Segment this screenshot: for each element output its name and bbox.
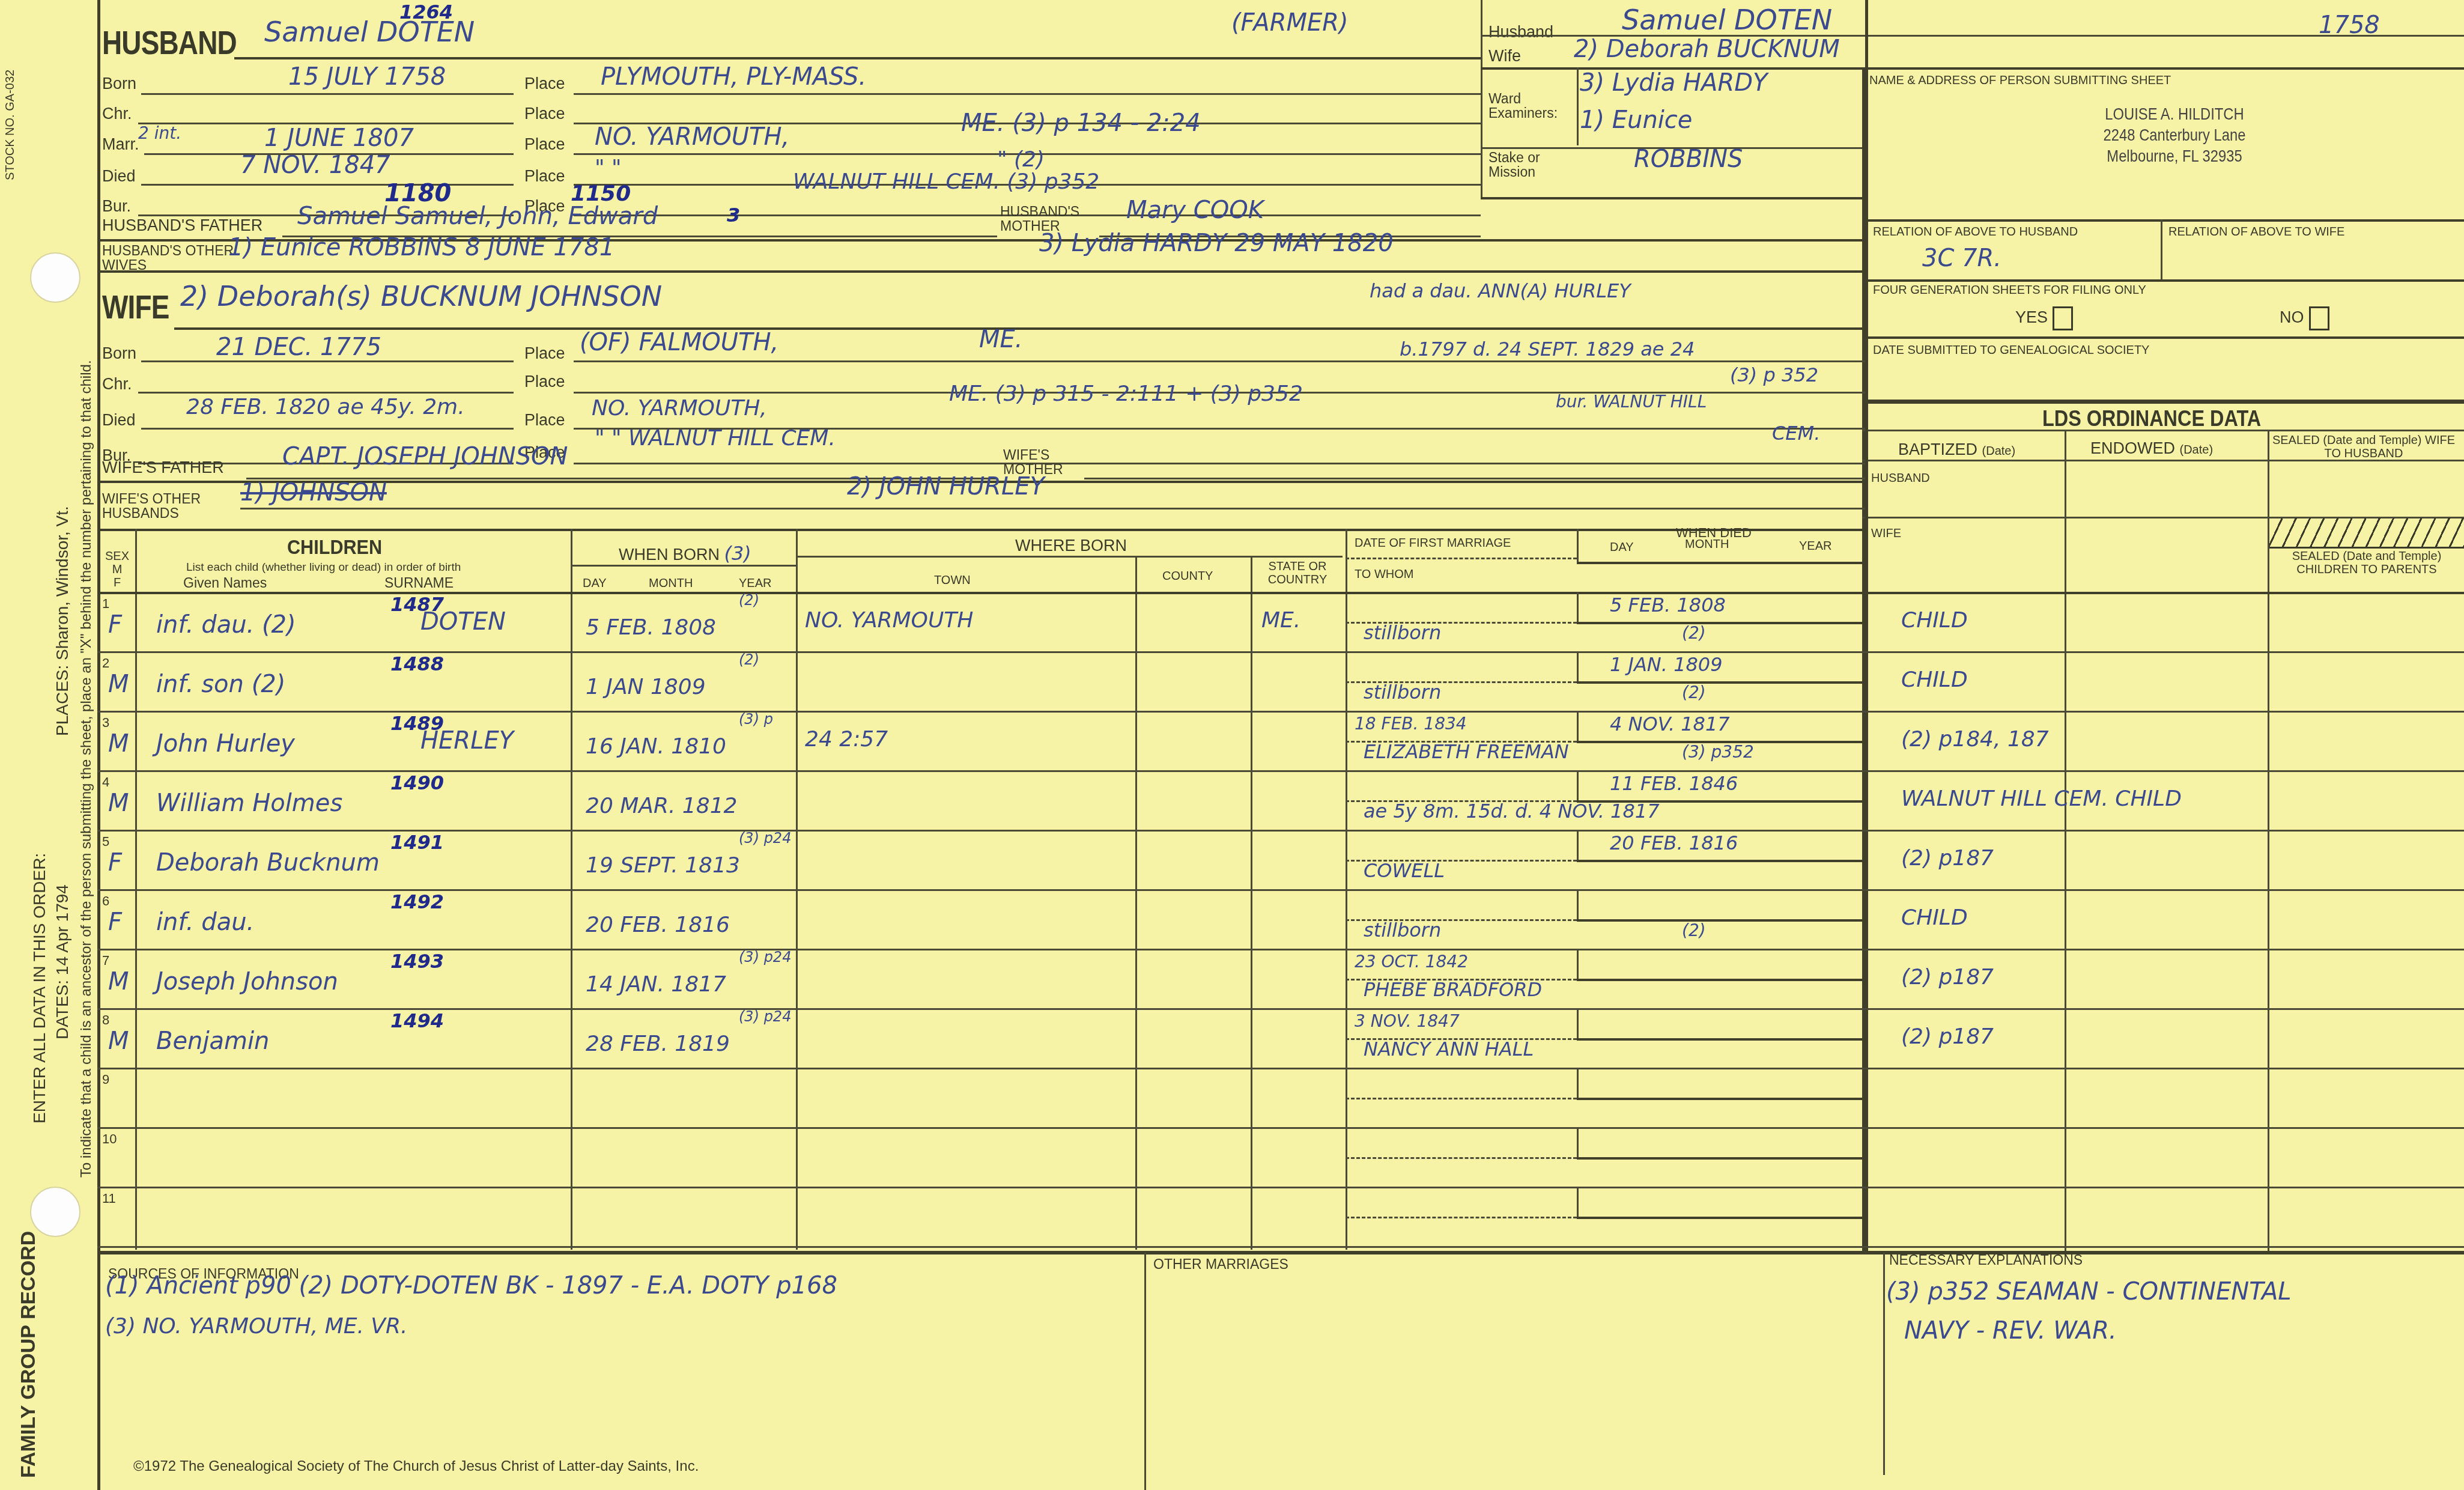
header-stake-label: Stake or Mission bbox=[1488, 150, 1567, 179]
explanations-line-2[interactable]: NAVY - REV. WAR. bbox=[1904, 1319, 2117, 1343]
row-divider bbox=[97, 711, 1346, 713]
husband-id-number: 1264 bbox=[399, 2, 453, 22]
child-row-number: 6 bbox=[102, 894, 109, 908]
lds-child-entry[interactable]: CHILD bbox=[1901, 610, 1968, 631]
child-row-number: 3 bbox=[102, 716, 109, 730]
header-ward-label: Ward Examiners: bbox=[1488, 91, 1573, 120]
yes-checkbox[interactable] bbox=[2053, 306, 2073, 330]
died-col-divider bbox=[1577, 592, 1579, 622]
died-col-divider bbox=[1577, 1187, 1579, 1217]
wife-note-daughter-2: b.1797 d. 24 SEPT. 1829 ae 24 bbox=[1400, 339, 1695, 359]
row-divider-right bbox=[1346, 1187, 1865, 1188]
died-cell-bottom bbox=[1577, 1098, 1865, 1100]
wife-other-husbands-1[interactable]: 1) JOHNSON bbox=[240, 481, 387, 505]
row-divider-right bbox=[1346, 1246, 1865, 1248]
child-died-note: (2) bbox=[1682, 922, 1706, 939]
lds-child-entry[interactable]: (2) p187 bbox=[1901, 967, 1994, 988]
row-divider-right bbox=[1346, 949, 1865, 950]
wife-note-daughter: had a dau. ANN(A) HURLEY bbox=[1370, 281, 1631, 300]
child-surname[interactable]: DOTEN bbox=[420, 610, 506, 634]
lds-row-divider bbox=[1862, 1187, 2464, 1188]
child-born-date[interactable]: 20 FEB. 1816 bbox=[586, 914, 730, 936]
lds-row-divider bbox=[1862, 889, 2464, 891]
row-divider bbox=[97, 889, 1346, 891]
header-wife-value[interactable]: 2) Deborah BUCKNUM bbox=[1574, 37, 1840, 61]
husband-chr-label: Chr. bbox=[102, 106, 132, 122]
wife-died-note: bur. WALNUT HILL bbox=[1556, 394, 1707, 410]
child-to-whom[interactable]: NANCY ANN HALL bbox=[1364, 1039, 1534, 1059]
husband-father-note: 3 bbox=[727, 205, 740, 225]
binder-hole-top bbox=[30, 252, 80, 303]
header-husband-value[interactable]: Samuel DOTEN bbox=[1622, 6, 1832, 34]
wife-name[interactable]: 2) Deborah(s) BUCKNUM JOHNSON bbox=[180, 282, 662, 310]
lds-child-entry[interactable]: WALNUT HILL CEM. CHILD bbox=[1901, 788, 2182, 810]
row-divider bbox=[97, 770, 1346, 772]
died-cell-bottom bbox=[1577, 979, 1865, 981]
col-surname: SURNAME bbox=[384, 576, 454, 590]
date-submitted-label: DATE SUBMITTED TO GENEALOGICAL SOCIETY bbox=[1873, 344, 2149, 357]
header-wife-label: Wife bbox=[1488, 48, 1521, 64]
lds-title: LDS ORDINANCE DATA bbox=[2042, 406, 2261, 431]
wife-father-label: WIFE'S FATHER bbox=[102, 460, 224, 476]
child-born-date[interactable]: 19 SEPT. 1813 bbox=[586, 855, 740, 877]
wife-died-place-extra: ME. (3) p 315 - 2:111 + (3) p352 bbox=[949, 383, 1303, 405]
child-died-note: (2) bbox=[1682, 684, 1706, 701]
row-divider bbox=[97, 949, 1346, 950]
husband-heading: HUSBAND bbox=[102, 23, 237, 62]
husband-died-place-label: Place bbox=[524, 168, 565, 184]
husband-father-label: HUSBAND'S FATHER bbox=[102, 217, 262, 234]
child-ancestor-instruction: To indicate that a child is an ancestor … bbox=[78, 360, 95, 1178]
child-to-whom[interactable]: stillborn bbox=[1364, 623, 1441, 642]
wife-died-label: Died bbox=[102, 412, 136, 428]
submitter-street: 2248 Canterbury Lane bbox=[2072, 124, 2277, 145]
header-ward-value-2[interactable]: 1) Eunice bbox=[1580, 108, 1692, 132]
lds-sealed-children-header: SEALED (Date and Temple) CHILDREN TO PAR… bbox=[2277, 550, 2457, 576]
header-ward-value-1[interactable]: 3) Lydia HARDY bbox=[1580, 71, 1768, 95]
child-town[interactable]: NO. YARMOUTH bbox=[805, 610, 973, 631]
col-state: STATE OR COUNTRY bbox=[1258, 560, 1337, 586]
died-col-divider bbox=[1577, 1068, 1579, 1098]
child-born-date[interactable]: 14 JAN. 1817 bbox=[586, 974, 726, 996]
col-given-names: Given Names bbox=[183, 576, 267, 590]
husband-bur-place-number: 1150 bbox=[571, 183, 631, 205]
lds-child-entry[interactable]: CHILD bbox=[1901, 669, 1968, 691]
col-born-month: MONTH bbox=[649, 577, 693, 590]
child-marriage-date[interactable]: 3 NOV. 1847 bbox=[1355, 1013, 1460, 1030]
child-to-whom[interactable]: PHEBE BRADFORD bbox=[1364, 980, 1542, 999]
child-died-note: (2) bbox=[1682, 625, 1706, 642]
child-born-note: (3) p24 bbox=[739, 1009, 791, 1024]
lds-child-entry[interactable]: (2) p187 bbox=[1901, 848, 1994, 869]
row-divider bbox=[97, 1187, 1346, 1188]
child-to-whom[interactable]: COWELL bbox=[1364, 861, 1445, 880]
no-option[interactable]: NO bbox=[2280, 306, 2329, 330]
child-row-number: 9 bbox=[102, 1072, 109, 1087]
col-born-day: DAY bbox=[583, 577, 607, 590]
col-first-marriage: DATE OF FIRST MARRIAGE bbox=[1355, 537, 1511, 550]
lds-child-entry[interactable]: (2) p184, 187 bbox=[1901, 729, 2049, 750]
died-cell-bottom bbox=[1577, 860, 1865, 862]
child-sex[interactable]: M bbox=[108, 732, 129, 756]
row-divider-right bbox=[1346, 889, 1865, 891]
child-row-number: 8 bbox=[102, 1013, 109, 1027]
header-husband-year: 1758 bbox=[2319, 13, 2380, 37]
lds-row-divider bbox=[1862, 1008, 2464, 1010]
died-col-divider bbox=[1577, 1127, 1579, 1157]
explanations-line-1[interactable]: (3) p352 SEAMAN - CONTINENTAL bbox=[1886, 1280, 2292, 1304]
wife-heading: WIFE bbox=[102, 287, 169, 326]
relation-husband-value[interactable]: 3C 7R. bbox=[1922, 246, 2001, 270]
copyright: ©1972 The Genealogical Society of The Ch… bbox=[133, 1459, 699, 1474]
husband-born-place[interactable]: PLYMOUTH, PLY-MASS. bbox=[601, 65, 866, 89]
child-given-names[interactable]: William Holmes bbox=[156, 791, 342, 815]
col-where-born: WHERE BORN bbox=[1015, 538, 1127, 554]
child-row-number: 2 bbox=[102, 656, 109, 670]
child-row-number: 5 bbox=[102, 835, 109, 849]
child-born-date[interactable]: 20 MAR. 1812 bbox=[586, 795, 737, 817]
wife-died-place-label: Place bbox=[524, 412, 565, 428]
husband-marr-place-label: Place bbox=[524, 136, 565, 153]
child-sex[interactable]: M bbox=[108, 791, 129, 815]
husband-born-label: Born bbox=[102, 76, 136, 92]
child-row-number: 7 bbox=[102, 953, 109, 968]
husband-died-date[interactable]: 7 NOV. 1847 bbox=[240, 153, 390, 177]
died-col-divider bbox=[1577, 651, 1579, 681]
lds-row-divider bbox=[1862, 1246, 2464, 1248]
row-divider bbox=[97, 1008, 1346, 1010]
husband-marr-place[interactable]: NO. YARMOUTH, bbox=[595, 125, 789, 149]
died-cell-bottom bbox=[1577, 681, 1865, 684]
husband-bur-label: Bur. bbox=[102, 198, 131, 214]
places-note: PLACES: Sharon, Windsor, Vt. bbox=[53, 506, 72, 736]
child-id-number: 1488 bbox=[390, 654, 444, 674]
col-to-whom: TO WHOM bbox=[1355, 568, 1414, 581]
died-col-divider bbox=[1577, 1008, 1579, 1038]
husband-other-wives-2[interactable]: 3) Lydia HARDY 29 MAY 1820 bbox=[1039, 231, 1394, 255]
wife-born-label: Born bbox=[102, 345, 136, 362]
row-divider-right bbox=[1346, 711, 1865, 713]
child-born-note: (2) bbox=[739, 652, 759, 667]
wife-chr-place-label: Place bbox=[524, 374, 565, 390]
binder-hole-bottom bbox=[30, 1187, 80, 1237]
husband-bur-number: 1180 bbox=[384, 181, 451, 205]
col-sex-header: SEXMF bbox=[105, 550, 129, 589]
submitter-city: Melbourne, FL 32935 bbox=[2072, 145, 2277, 166]
four-gen-label: FOUR GENERATION SHEETS FOR FILING ONLY bbox=[1873, 284, 2146, 297]
col-when-born: WHEN BORN (3) bbox=[619, 544, 751, 563]
child-sex[interactable]: M bbox=[108, 1029, 129, 1053]
col-died-month: MONTH bbox=[1685, 538, 1729, 551]
died-cell-bottom bbox=[1577, 919, 1865, 922]
header-stake-value[interactable]: ROBBINS bbox=[1634, 147, 1743, 171]
died-cell-bottom bbox=[1577, 1217, 1865, 1219]
wife-born-place-label: Place bbox=[524, 345, 565, 362]
lds-row-divider bbox=[1862, 949, 2464, 950]
child-sex[interactable]: M bbox=[108, 672, 129, 696]
died-col-divider bbox=[1577, 830, 1579, 860]
row-divider-right bbox=[1346, 1008, 1865, 1010]
wife-born-place[interactable]: (OF) FALMOUTH, bbox=[580, 330, 778, 354]
child-sex[interactable]: F bbox=[108, 910, 122, 934]
died-cell-bottom bbox=[1577, 1157, 1865, 1160]
died-col-divider bbox=[1577, 711, 1579, 741]
child-given-names[interactable]: Deborah Bucknum bbox=[156, 851, 380, 875]
child-given-names[interactable]: Joseph Johnson bbox=[156, 970, 338, 994]
lds-child-entry[interactable]: CHILD bbox=[1901, 907, 1968, 929]
row-divider-right bbox=[1346, 651, 1865, 653]
submitter-label: NAME & ADDRESS OF PERSON SUBMITTING SHEE… bbox=[1869, 74, 2171, 87]
child-given-names[interactable]: inf. dau. (2) bbox=[156, 613, 296, 637]
child-died-date[interactable]: 4 NOV. 1817 bbox=[1610, 714, 1730, 734]
died-cell-bottom bbox=[1577, 622, 1865, 624]
col-children-header: CHILDREN bbox=[287, 536, 382, 559]
husband-other-wives-1[interactable]: 1) Eunice ROBBINS 8 JUNE 1781 bbox=[228, 236, 614, 260]
lds-row-divider bbox=[1862, 770, 2464, 772]
child-died-date[interactable]: 5 FEB. 1808 bbox=[1610, 595, 1726, 615]
child-id-number: 1491 bbox=[390, 833, 444, 852]
child-row-number: 1 bbox=[102, 597, 109, 611]
col-town: TOWN bbox=[934, 574, 971, 587]
child-given-names[interactable]: inf. son (2) bbox=[156, 672, 285, 696]
wife-born-place-state: ME. bbox=[979, 327, 1023, 351]
child-died-date[interactable]: 20 FEB. 1816 bbox=[1610, 833, 1738, 853]
form-left-border bbox=[97, 0, 100, 1490]
col-children-sub: List each child (whether living or dead)… bbox=[186, 562, 461, 574]
child-died-note: (3) p352 bbox=[1682, 744, 1754, 761]
child-died-date[interactable]: 11 FEB. 1846 bbox=[1610, 774, 1738, 793]
submitter-address: LOUISE A. HILDITCH 2248 Canterbury Lane … bbox=[2072, 103, 2277, 166]
col-county: COUNTY bbox=[1162, 570, 1213, 583]
husband-occupation[interactable]: (FARMER) bbox=[1231, 11, 1349, 35]
wife-father[interactable]: CAPT. JOSEPH JOHNSON bbox=[282, 445, 568, 469]
died-cell-bottom bbox=[1577, 1038, 1865, 1041]
lds-wife-label: WIFE bbox=[1871, 527, 1901, 540]
lds-row-divider bbox=[1862, 1127, 2464, 1129]
husband-chr-place-label: Place bbox=[524, 106, 565, 122]
row-divider bbox=[97, 1246, 1346, 1248]
child-to-whom[interactable]: stillborn bbox=[1364, 683, 1441, 702]
child-town[interactable]: 24 2:57 bbox=[805, 729, 888, 750]
lds-row-divider bbox=[1862, 830, 2464, 832]
lds-row-divider bbox=[1862, 711, 2464, 713]
husband-died-place[interactable]: " " bbox=[595, 157, 622, 179]
wife-other-husbands-2[interactable]: 2) JOHN HURLEY bbox=[847, 475, 1045, 499]
husband-marr-note: 2 int. bbox=[138, 125, 181, 142]
lds-row-divider bbox=[1862, 651, 2464, 653]
child-died-date[interactable]: 1 JAN. 1809 bbox=[1610, 655, 1723, 674]
child-marriage-date[interactable]: 23 OCT. 1842 bbox=[1355, 953, 1468, 970]
child-id-number: 1494 bbox=[390, 1011, 444, 1030]
col-died-day: DAY bbox=[1610, 541, 1634, 554]
child-born-date[interactable]: 1 JAN 1809 bbox=[586, 677, 706, 698]
yes-option[interactable]: YES bbox=[2015, 306, 2073, 330]
enter-order-note: ENTER ALL DATA IN THIS ORDER: bbox=[30, 853, 49, 1124]
child-id-number: 1493 bbox=[390, 952, 444, 971]
wife-other-husbands-label: WIFE'S OTHER HUSBANDS bbox=[102, 491, 222, 520]
child-to-whom[interactable]: ELIZABETH FREEMAN bbox=[1364, 742, 1569, 761]
row-divider-right bbox=[1346, 830, 1865, 832]
child-born-date[interactable]: 16 JAN. 1810 bbox=[586, 736, 726, 758]
row-divider-right bbox=[1346, 770, 1865, 772]
died-col-divider bbox=[1577, 889, 1579, 919]
wife-note-daughter-3: (3) p 352 bbox=[1730, 365, 1818, 385]
col-died-year: YEAR bbox=[1799, 540, 1831, 553]
wife-died-date[interactable]: 28 FEB. 1820 ae 45y. 2m. bbox=[186, 397, 465, 418]
husband-mother[interactable]: Mary COOK bbox=[1126, 198, 1264, 222]
child-id-number: 1492 bbox=[390, 892, 444, 911]
child-born-note: (3) p24 bbox=[739, 950, 791, 964]
no-checkbox[interactable] bbox=[2309, 306, 2329, 330]
row-divider-right bbox=[1346, 1068, 1865, 1069]
sources-line-1[interactable]: (1) Ancient p90 (2) DOTY-DOTEN BK - 1897… bbox=[105, 1274, 837, 1298]
child-sex[interactable]: F bbox=[108, 613, 122, 637]
child-row-number: 10 bbox=[102, 1132, 117, 1146]
row-divider-right bbox=[1346, 1127, 1865, 1129]
row-divider bbox=[97, 830, 1346, 832]
col-born-year: YEAR bbox=[739, 577, 771, 590]
child-row-number: 4 bbox=[102, 775, 109, 789]
children-right-border bbox=[1865, 0, 1868, 1253]
child-to-whom[interactable]: ae 5y 8m. 15d. d. 4 NOV. 1817 bbox=[1364, 801, 1660, 821]
lds-hatched-area bbox=[2269, 518, 2464, 549]
wife-born-date[interactable]: 21 DEC. 1775 bbox=[216, 335, 381, 359]
child-given-names[interactable]: John Hurley bbox=[156, 732, 295, 756]
child-surname[interactable]: HERLEY bbox=[420, 729, 514, 753]
sources-line-2[interactable]: (3) NO. YARMOUTH, ME. VR. bbox=[105, 1316, 407, 1337]
husband-born-date[interactable]: 15 JULY 1758 bbox=[288, 65, 446, 89]
child-born-note: (3) p24 bbox=[739, 831, 791, 845]
child-born-note: (3) p bbox=[739, 712, 773, 726]
wife-chr-label: Chr. bbox=[102, 376, 132, 392]
child-to-whom[interactable]: stillborn bbox=[1364, 920, 1441, 940]
lds-baptized-header: BAPTIZED (Date) bbox=[1898, 442, 2015, 458]
marriage-date-divider bbox=[1346, 1098, 1577, 1099]
child-born-date[interactable]: 28 FEB. 1819 bbox=[586, 1033, 730, 1055]
lds-endowed-header: ENDOWED (Date) bbox=[2090, 440, 2213, 457]
stock-number: STOCK NO. GA-032 bbox=[4, 70, 17, 180]
child-born-date[interactable]: 5 FEB. 1808 bbox=[586, 617, 716, 639]
submitter-name: LOUISE A. HILDITCH bbox=[2072, 103, 2277, 124]
child-born-note: (2) bbox=[739, 593, 759, 607]
child-sex[interactable]: M bbox=[108, 970, 129, 994]
other-marriages-label: OTHER MARRIAGES bbox=[1153, 1257, 1288, 1271]
marriage-date-divider bbox=[1346, 1217, 1577, 1218]
died-col-divider bbox=[1577, 770, 1579, 800]
row-divider bbox=[97, 1068, 1346, 1069]
child-given-names[interactable]: Benjamin bbox=[156, 1029, 269, 1053]
header-husband-label: Husband bbox=[1488, 24, 1553, 40]
husband-other-wives-label: HUSBAND'S OTHER WIVES bbox=[102, 243, 234, 272]
row-divider bbox=[97, 651, 1346, 653]
marriage-date-divider bbox=[1346, 1157, 1577, 1159]
explanations-label: NECESSARY EXPLANATIONS bbox=[1889, 1253, 2083, 1267]
child-given-names[interactable]: inf. dau. bbox=[156, 910, 254, 934]
wife-bur-place[interactable]: " " WALNUT HILL CEM. bbox=[595, 428, 836, 449]
wife-bur-note: CEM. bbox=[1772, 424, 1820, 443]
relation-wife-label: RELATION OF ABOVE TO WIFE bbox=[2168, 225, 2344, 239]
child-row-number: 11 bbox=[102, 1191, 116, 1206]
husband-died-place-extra: " (2) bbox=[997, 149, 1045, 171]
row-divider bbox=[97, 1127, 1346, 1129]
lds-sealed-wife-header: SEALED (Date and Temple) WIFE TO HUSBAND bbox=[2268, 434, 2460, 460]
child-marriage-date[interactable]: 18 FEB. 1834 bbox=[1355, 716, 1467, 732]
husband-marr-label: Marr. bbox=[102, 136, 139, 153]
wife-died-place[interactable]: NO. YARMOUTH, bbox=[592, 398, 767, 419]
husband-marr-place-extra: ME. (3) p 134 - 2:24 bbox=[961, 111, 1201, 135]
husband-died-label: Died bbox=[102, 168, 136, 184]
dates-example: DATES: 14 Apr 1794 bbox=[53, 884, 72, 1039]
husband-marr-date[interactable]: 1 JUNE 1807 bbox=[264, 126, 414, 150]
child-state[interactable]: ME. bbox=[1261, 610, 1300, 631]
relation-husband-label: RELATION OF ABOVE TO HUSBAND bbox=[1873, 225, 2078, 239]
husband-born-place-label: Place bbox=[524, 76, 565, 92]
child-id-number: 1490 bbox=[390, 773, 444, 792]
died-col-divider bbox=[1577, 949, 1579, 979]
husband-bur-place[interactable]: WALNUT HILL CEM. (3) p352 bbox=[793, 171, 1099, 193]
lds-husband-label: HUSBAND bbox=[1871, 472, 1930, 485]
child-sex[interactable]: F bbox=[108, 851, 122, 875]
family-group-record-title: FAMILY GROUP RECORD bbox=[18, 1231, 40, 1478]
lds-child-entry[interactable]: (2) p187 bbox=[1901, 1026, 1994, 1048]
lds-row-divider bbox=[1862, 1068, 2464, 1069]
husband-father[interactable]: Samuel Samuel, John, Edward bbox=[297, 204, 658, 228]
